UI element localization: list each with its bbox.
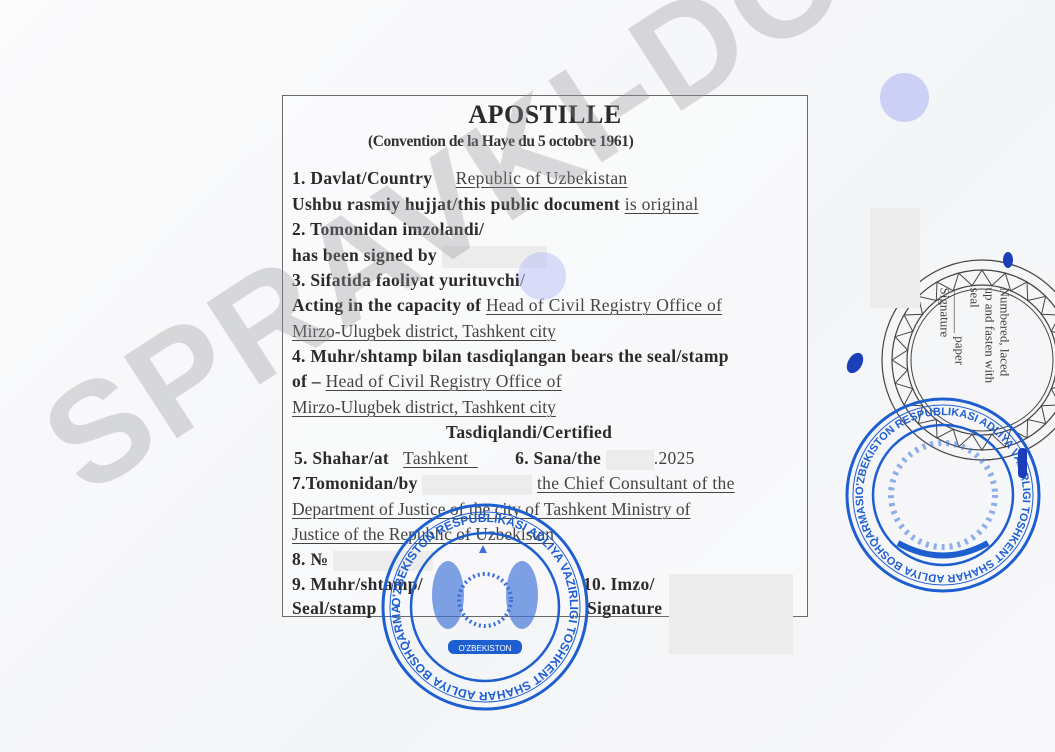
field-country: 1. Davlat/Country Republic of Uzbekistan — [292, 168, 627, 189]
watermark-dot — [518, 252, 566, 300]
place-value: Tashkent — [403, 448, 468, 468]
country-value: Republic of Uzbekistan — [456, 168, 628, 188]
field-signed-label-uz: 2. Tomonidan imzolandi/ — [292, 219, 484, 240]
svg-text:O'ZBEKISTON: O'ZBEKISTON — [459, 644, 512, 653]
ink-blot — [1003, 252, 1013, 268]
field-seal-line2: Mirzo-Ulugbek district, Tashkent city — [292, 397, 556, 418]
redacted-signature — [669, 574, 793, 654]
field-capacity-label-uz: 3. Sifatida faoliyat yurituvchi/ — [292, 270, 525, 291]
field-signature-uz: 10. Imzo/ — [583, 574, 655, 595]
ink-blot — [1018, 448, 1027, 478]
redacted-date — [606, 450, 654, 470]
field-document: Ushbu rasmiy hujjat/this public document… — [292, 194, 699, 215]
redacted-official-name — [422, 475, 532, 495]
field-capacity: Acting in the capacity of Head of Civil … — [292, 295, 722, 316]
field-signed-by: has been signed by — [292, 245, 547, 268]
document-status-value: is original — [625, 194, 699, 214]
certified-heading: Tasdiqlandi/Certified — [446, 422, 612, 443]
field-by: 7.Tomonidan/by the Chief Consultant of t… — [292, 473, 735, 495]
field-place-date: 5. Shahar/at Tashkent 6. Sana/the .2025 — [294, 448, 695, 470]
field-seal-stamp-en: Seal/stamp — [292, 598, 377, 619]
watermark-dot — [880, 73, 929, 122]
field-seal-of: of – Head of Civil Registry Office of — [292, 371, 562, 392]
official-stamp-right: O'ZBEKISTON RESPUBLIKASI ADLIYA VAZIRLIG… — [843, 393, 1043, 598]
field-signature-en: Signature — [587, 598, 662, 619]
binding-seal-text: Numbered, laced up and fasten with seal … — [938, 288, 1013, 388]
certificate-subtitle: (Convention de la Haye du 5 octobre 1961… — [368, 133, 633, 151]
document-page: APOSTILLE (Convention de la Haye du 5 oc… — [0, 0, 1055, 752]
official-stamp-bottom: O'ZBEKISTON O'ZBEKISTON RESPUBLIKASI ADL… — [378, 500, 593, 715]
field-capacity-line2: Mirzo-Ulugbek district, Tashkent city — [292, 321, 556, 342]
redacted-side-block — [870, 208, 920, 308]
certificate-title: APOSTILLE — [283, 100, 807, 130]
date-year: .2025 — [654, 448, 695, 468]
field-seal-label: 4. Muhr/shtamp bilan tasdiqlangan bears … — [292, 346, 729, 367]
